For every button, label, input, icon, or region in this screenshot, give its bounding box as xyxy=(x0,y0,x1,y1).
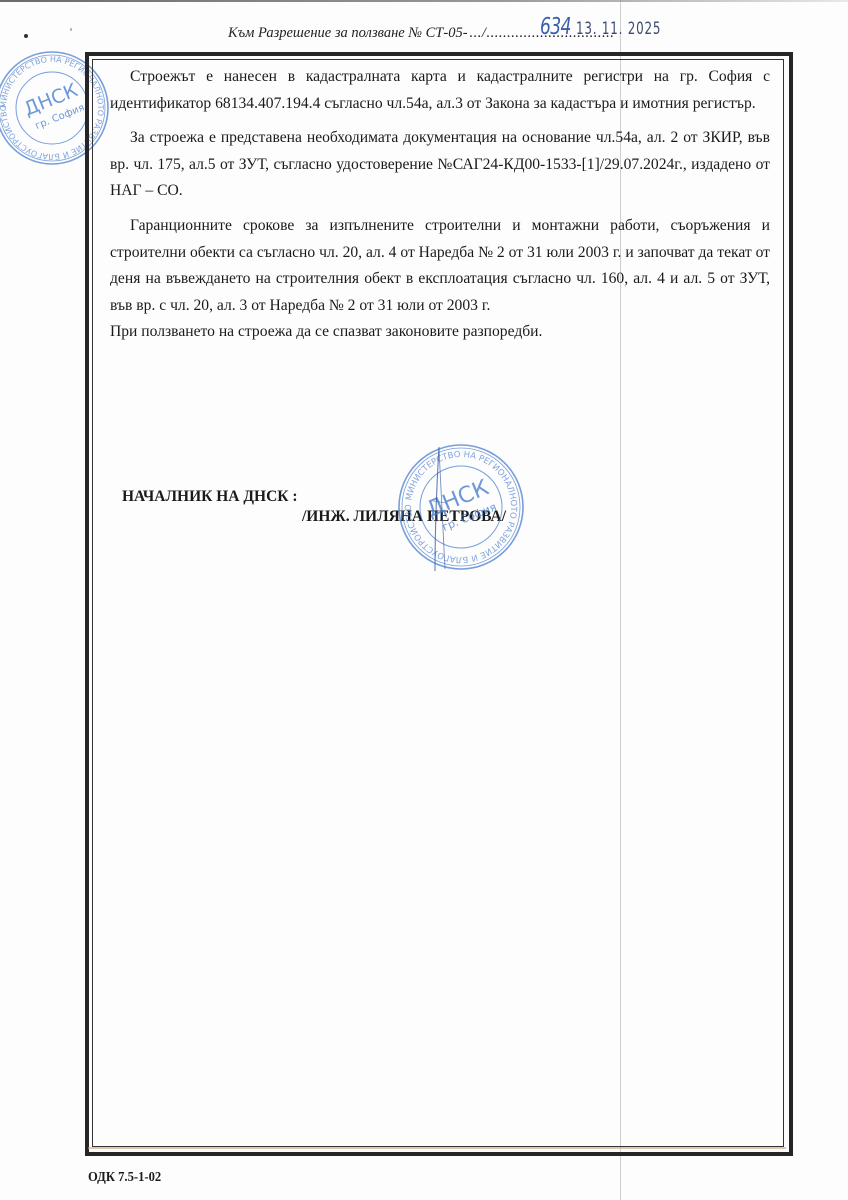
paragraph-warranty: Гаранционните срокове за изпълнените стр… xyxy=(110,213,770,319)
official-stamp-signature: МИНИСТЕРСТВО НА РЕГИОНАЛНОТО РАЗВИТИЕ И … xyxy=(395,441,527,573)
paragraph-documentation: За строежа е представена необходимата до… xyxy=(110,125,770,205)
permit-reference-prefix: Към Разрешение за ползване № СТ-05- xyxy=(228,25,468,41)
scan-speck xyxy=(70,28,72,31)
date-stamp: 13. 11. 2025 xyxy=(576,19,661,39)
form-code: ОДК 7.5-1-02 xyxy=(88,1170,161,1186)
document-body: Строежът е нанесен в кадастралната карта… xyxy=(110,64,770,354)
paragraph-usage-rules: При ползването на строежа да се спазват … xyxy=(110,319,770,346)
scan-top-edge xyxy=(0,0,848,2)
paragraph-cadastre: Строежът е нанесен в кадастралната карта… xyxy=(110,64,770,117)
document-frame-shadow xyxy=(88,1147,786,1149)
handwritten-permit-number: 634 xyxy=(540,14,571,40)
scan-speck xyxy=(24,34,28,38)
signatory-title: НАЧАЛНИК НА ДНСК : xyxy=(122,488,298,506)
